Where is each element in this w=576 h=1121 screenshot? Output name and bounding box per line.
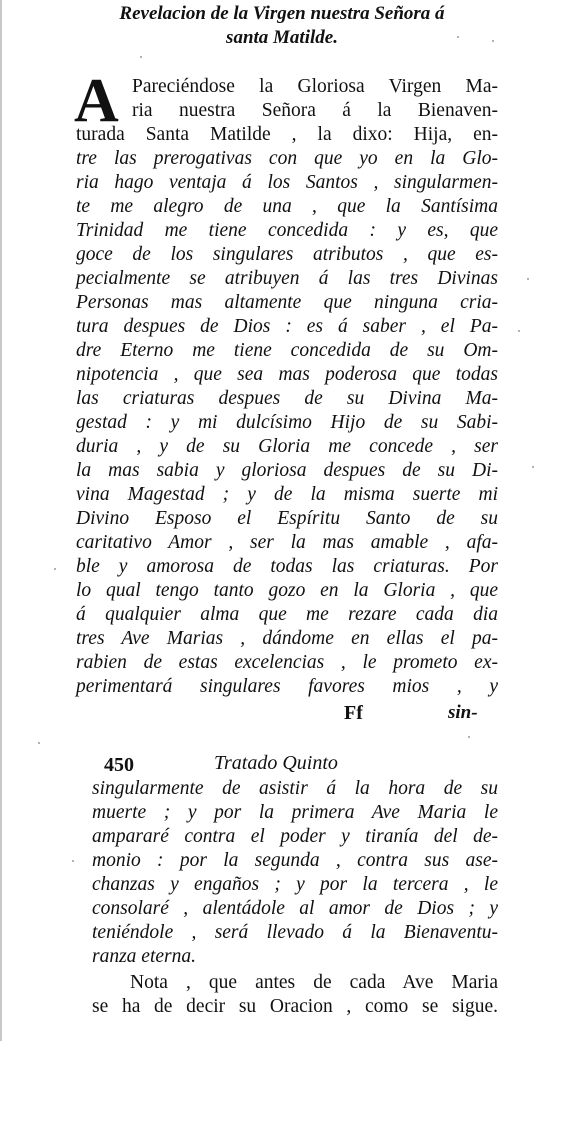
body-line: gestad : y mi dulcísimo Hijo de su Sabi- bbox=[76, 411, 498, 435]
scan-speck bbox=[457, 36, 459, 38]
scan-speck bbox=[72, 860, 74, 862]
body-line: vina Magestad ; y de la misma suerte mi bbox=[76, 483, 498, 507]
body-line: á qualquier alma que me rezare cada dia bbox=[76, 603, 498, 627]
body-line: ranza eterna. bbox=[92, 945, 498, 969]
body-line: nipotencia , que sea mas poderosa que to… bbox=[76, 363, 498, 387]
body-line: ria hago ventaja á los Santos , singular… bbox=[76, 171, 498, 195]
body-line: tres Ave Marias , dándome en ellas el pa… bbox=[76, 627, 498, 651]
body-line: Trinidad me tiene concedida : y es, que bbox=[76, 219, 498, 243]
body-line: las criaturas despues de su Divina Ma- bbox=[76, 387, 498, 411]
body-line: rabien de estas excelencias , le prometo… bbox=[76, 651, 498, 675]
page-number: 450 bbox=[104, 754, 134, 777]
body-line: chanzas y engaños ; y por la tercera , l… bbox=[92, 873, 498, 897]
catchword: sin- bbox=[448, 702, 478, 724]
body-line: perimentará singulares favores mios , y bbox=[76, 675, 498, 699]
scan-speck bbox=[532, 466, 534, 468]
body-line: singularmente de asistir á la hora de su bbox=[92, 777, 498, 801]
scan-speck bbox=[140, 56, 142, 58]
chapter-heading-line-2: santa Matilde. bbox=[62, 26, 502, 50]
body-line: goce de los singulares atributos , que e… bbox=[76, 243, 498, 267]
scanned-book-page: Revelacion de la Virgen nuestra Señora á… bbox=[0, 0, 576, 1041]
body-line: ria nuestra Señora á la Bienaven- bbox=[132, 99, 498, 123]
body-line: dre Eterno me tiene concedida de su Om- bbox=[76, 339, 498, 363]
body-line: caritativo Amor , ser la mas amable , af… bbox=[76, 531, 498, 555]
body-line: ampararé contra el poder y tiranía del d… bbox=[92, 825, 498, 849]
body-line: Personas mas altamente que ninguna cria- bbox=[76, 291, 498, 315]
body-line: Divino Esposo el Espíritu Santo de su bbox=[76, 507, 498, 531]
note-line: Nota , que antes de cada Ave Maria bbox=[130, 971, 498, 995]
scan-speck bbox=[38, 742, 40, 744]
running-head: Tratado Quinto bbox=[214, 752, 338, 775]
body-line: consolaré , alentádole al amor de Dios ;… bbox=[92, 897, 498, 921]
chapter-heading-line-1: Revelacion de la Virgen nuestra Señora á bbox=[62, 2, 502, 26]
body-line: ble y amorosa de todas las criaturas. Po… bbox=[76, 555, 498, 579]
scan-speck bbox=[527, 278, 529, 280]
body-line: tre las prerogativas con que yo en la Gl… bbox=[76, 147, 498, 171]
scan-speck bbox=[468, 736, 470, 738]
body-line: turada Santa Matilde , la dixo: Hija, en… bbox=[76, 123, 498, 147]
body-line: monio : por la segunda , contra sus ase- bbox=[92, 849, 498, 873]
body-line: tura despues de Dios : es á saber , el P… bbox=[76, 315, 498, 339]
scan-speck bbox=[518, 330, 520, 332]
scan-speck bbox=[492, 40, 494, 42]
drop-cap-letter: A bbox=[74, 72, 119, 130]
body-line: duria , y de su Gloria me concede , ser bbox=[76, 435, 498, 459]
body-line: Pareciéndose la Gloriosa Virgen Ma- bbox=[132, 75, 498, 99]
body-line: teniéndole , será llevado á la Bienavent… bbox=[92, 921, 498, 945]
scan-speck bbox=[54, 568, 56, 570]
body-line: te me alegro de una , que la Santísima bbox=[76, 195, 498, 219]
body-line: muerte ; y por la primera Ave Maria le bbox=[92, 801, 498, 825]
body-line: pecialmente se atribuyen á las tres Divi… bbox=[76, 267, 498, 291]
signature-mark: Ff bbox=[344, 702, 363, 725]
note-line: se ha de decir su Oracion , como se sigu… bbox=[92, 995, 498, 1019]
body-line: la mas sabia y gloriosa despues de su Di… bbox=[76, 459, 498, 483]
body-line: lo qual tengo tanto gozo en la Gloria , … bbox=[76, 579, 498, 603]
